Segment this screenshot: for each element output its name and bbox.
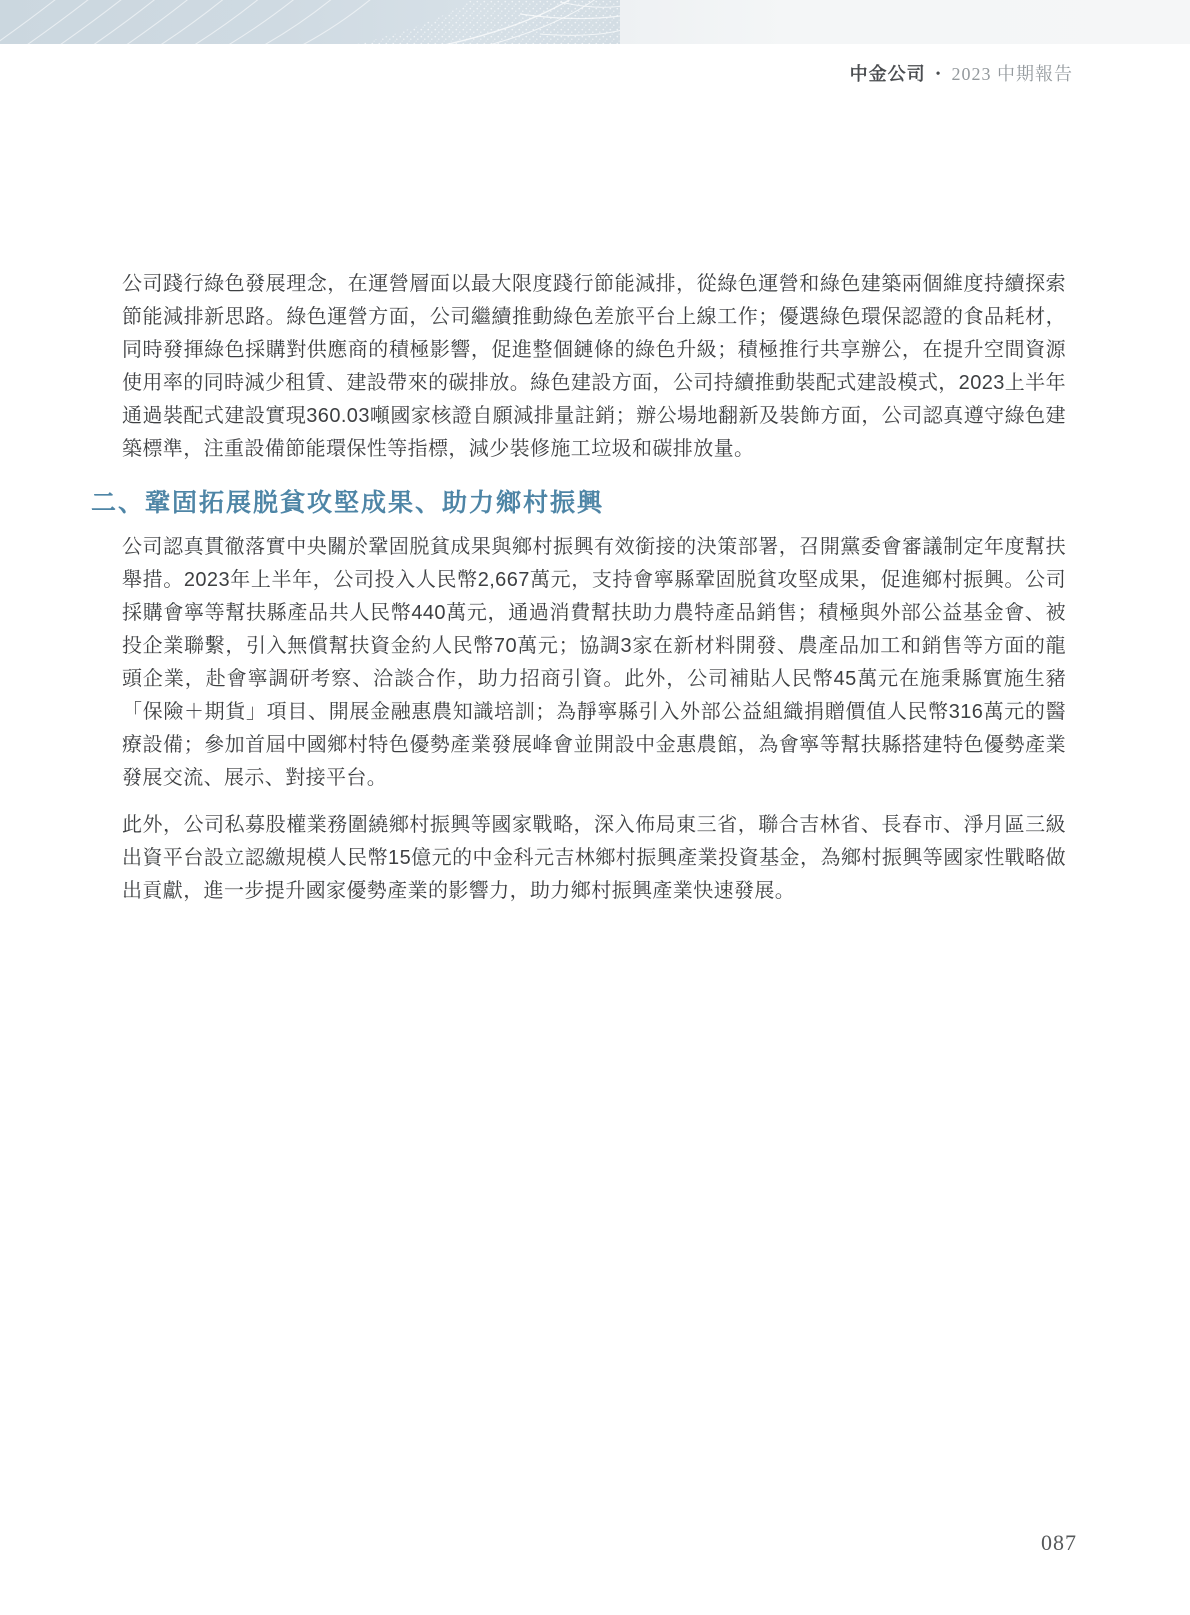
band-light-section (620, 0, 1190, 44)
report-page: 中金公司•2023 中期報告 公司踐行綠色發展理念，在運營層面以最大限度踐行節能… (0, 0, 1190, 1615)
paragraph-poverty-alleviation: 公司認真貫徹落實中央關於鞏固脱貧成果與鄉村振興有效銜接的決策部署，召開黨委會審議… (122, 531, 1066, 795)
section-heading-rural-revitalization: 二、鞏固拓展脱貧攻堅成果、助力鄉村振興 (91, 486, 1066, 520)
running-header: 中金公司•2023 中期報告 (850, 60, 1073, 86)
wave-pattern-graphic (0, 0, 620, 44)
bullet-separator: • (936, 67, 942, 82)
company-name: 中金公司 (850, 64, 926, 84)
report-title: 2023 中期報告 (952, 64, 1074, 84)
header-decoration-band (0, 0, 1190, 44)
document-content: 公司踐行綠色發展理念，在運營層面以最大限度踐行節能減排，從綠色運營和綠色建築兩個… (122, 252, 1066, 908)
paragraph-green-development: 公司踐行綠色發展理念，在運營層面以最大限度踐行節能減排，從綠色運營和綠色建築兩個… (122, 268, 1066, 466)
decorative-pattern (0, 0, 620, 44)
paragraph-private-equity-fund: 此外，公司私募股權業務圍繞鄉村振興等國家戰略，深入佈局東三省，聯合吉林省、長春市… (122, 809, 1066, 908)
page-number: 087 (1041, 1530, 1077, 1556)
